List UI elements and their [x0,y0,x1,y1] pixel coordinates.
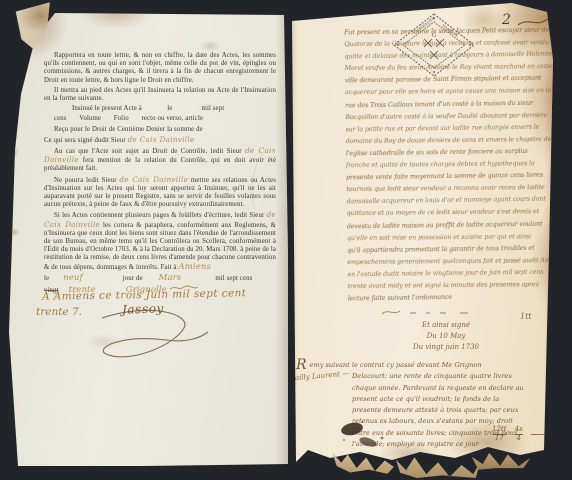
amount-notation: 12tt 17 4s 4 [492,426,549,442]
printed-paragraph: Au cas que l'Acte soit sujet au Droit de… [44,147,276,174]
handwritten-day: neuf [63,274,83,282]
handwritten-note-line: trente 7. [36,306,82,318]
form-line: Ce qui sera signé dudit Sieur de Caix Da… [44,136,276,145]
left-page: Rapportera en toute lettre, & non en chi… [4,2,290,472]
registry-line: Et ainsi signé [346,320,546,331]
photo-stage: Rapportera en toute lettre, & non en chi… [0,0,572,480]
handwriting-line: Morel veufve du feu sieur Antoine le Roy… [345,61,547,75]
ink-blot [338,420,398,456]
closing-flourish-icon [380,306,500,318]
handwriting-line: acquereur pour elle ses hoirs et ayans c… [345,86,547,100]
printed-segment: jour de [123,275,143,283]
handwriting-line: franche et quitte de toutes charges debt… [346,158,548,172]
printed-segment: Si les Actes contiennent plusieurs pages… [54,212,264,219]
fraction-numerator: 4s [515,426,523,434]
printed-paragraph: Si les Actes contiennent plusieurs pages… [44,211,276,271]
printed-paragraph: Ne pourra ledit Sieur de Caix Dainville … [44,176,276,210]
dash-stroke [531,434,549,435]
handwriting-line: quittance et au moyen de ce ledit sieur … [347,206,549,220]
handwriting-line: lecture faite suivant l'ordonnance [348,291,550,306]
handwriting-line: present acte ce qu'il voudroit; le fonds… [352,394,546,405]
handwritten-insertion: de Caix Dainville [119,175,188,184]
handwriting-line: domaine du Roy de douze deniers de cens … [346,134,548,148]
handwriting-line: qu'elle en soit mise en possession et sa… [347,231,549,245]
fraction-denominator: 4 [515,434,523,443]
registry-date-block: Et ainsi signé Du 10 May Du vingt juin 1… [346,320,546,353]
form-line: Reçu pour le Droit de Centième Denier la… [44,126,276,134]
initial-letter: R [296,357,307,373]
handwritten-note-line: A Amiens ce trois Juin mil sept cent [42,287,247,303]
date-line: le neuf jour de Mars mil sept cens [44,274,276,283]
registry-line: Du vingt juin 1730 [346,342,546,353]
printed-paragraph: Rapportera en toute lettre, & non en chi… [44,52,276,85]
printed-segment: Au cas que l'Acte soit sujet au Droit de… [54,148,242,155]
handwriting-line: Delacourt: une rente de cinquante quatre… [352,371,546,382]
handwritten-insertion: de Caix Dainville [128,135,195,144]
signature-flourish-icon [88,308,224,370]
handwriting-segment: emy suivant le contrat cy passé devant M… [310,361,482,369]
printed-segment: les cottera & paraphera, conformément au… [44,222,276,271]
amount-fraction: 4s 4 [515,426,523,442]
amount-fraction: 12tt 17 [492,426,507,442]
handwritten-month: Mars [159,274,182,282]
right-page: GENERALITE DAMIENS G 2 Fut present en sa… [288,0,560,472]
handwritten-place: Amiens [178,262,211,272]
handwriting-line: trente avant midy et ont signé la minutt… [348,279,550,293]
form-line: cens Volume Folio recto ou verso, articl… [44,115,276,123]
printed-segment: le [44,275,49,283]
paper-fray [396,452,480,478]
form-line: Insinué le present Acte à le mil sept [44,105,276,113]
handwriting-line: chaque année. Pardevant la requeste en d… [352,383,546,394]
printed-segment: Ne pourra ledit Sieur [54,177,117,184]
form-line-printed: Ce qui sera signé dudit Sieur [44,137,126,144]
registry-line: Du 10 May [346,331,546,342]
printed-paragraph: Il mettra au pied des Actes qu'il Insinu… [44,87,276,103]
fraction-denominator: 17 [493,434,506,443]
printed-text-column: Rapportera en toute lettre, & non en chi… [44,52,276,295]
handwriting-line: Remy suivant le contrat cy passé devant … [296,360,546,371]
fraction-numerator: 12tt [492,426,507,434]
handwriting-line: presente demeure attesté à trois quarts;… [352,405,546,416]
printed-segment: mil sept cens [215,275,252,283]
handwriting-block: Fut present en sa personne le sieur Jacq… [344,25,550,306]
